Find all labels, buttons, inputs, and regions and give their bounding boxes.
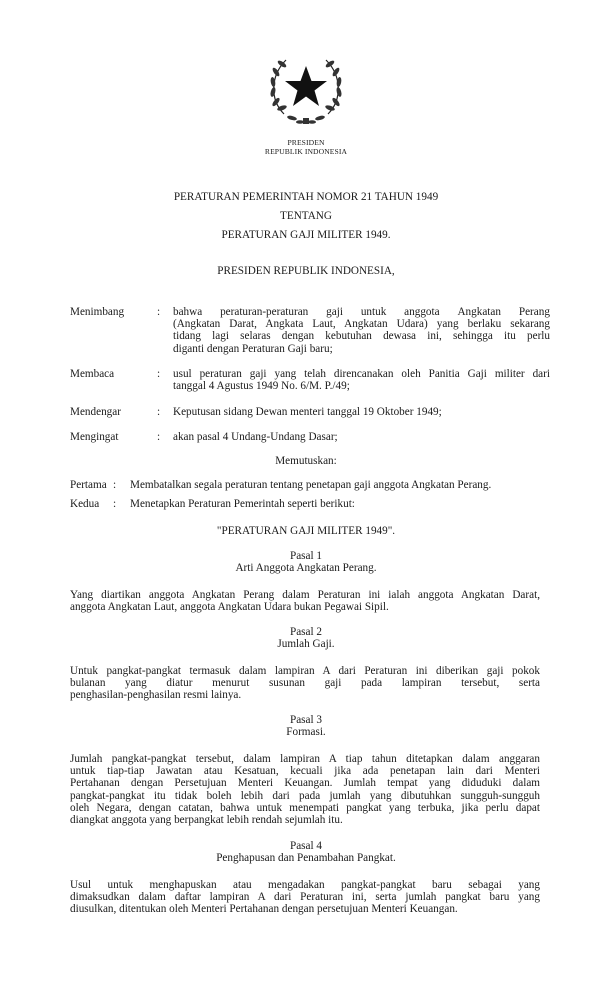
article-2-body: Untuk pangkat-pangkat termasuk dalam lam…	[70, 665, 540, 702]
text-line: diganti dengan Peraturan Gaji baru;	[173, 343, 550, 355]
article-3-body: Jumlah pangkat-pangkat tersebut, dalam l…	[70, 753, 540, 826]
text-line: tanggal 4 Agustus 1949 No. 6/M. P./49;	[173, 380, 550, 392]
article-number: Pasal 4	[0, 840, 612, 852]
text-line: tidang lagi selaras dengan kebutuhan dew…	[173, 330, 550, 342]
article-title: Arti Anggota Angkatan Perang.	[0, 562, 612, 574]
regulation-subject: PERATURAN GAJI MILITER 1949.	[0, 228, 612, 242]
decision-pertama: Pertama : Membatalkan segala peraturan t…	[70, 479, 550, 492]
regulation-title: PERATURAN PEMERINTAH NOMOR 21 TAHUN 1949	[0, 190, 612, 204]
decision-heading: Memutuskan:	[0, 454, 612, 468]
article-4-body: Usul untuk menghapuskan atau mengadakan …	[70, 879, 540, 916]
article-number: Pasal 3	[0, 714, 612, 726]
article-number: Pasal 2	[0, 626, 612, 638]
header-line-republik: REPUBLIK INDONESIA	[0, 147, 612, 157]
text-line: usul peraturan gaji yang telah direncana…	[173, 368, 550, 380]
consideration-mengingat: Mengingat : akan pasal 4 Undang-Undang D…	[70, 431, 550, 444]
article-title: Jumlah Gaji.	[0, 638, 612, 650]
regulation-name: "PERATURAN GAJI MILITER 1949".	[0, 524, 612, 538]
text-line: (Angkatan Darat, Angkata Laut, Angkatan …	[173, 318, 550, 330]
garuda-star-wreath-emblem-icon	[268, 48, 344, 132]
text-line: bahwaperaturan-peraturangajiuntukanggota…	[173, 306, 550, 318]
consideration-label: Menimbang	[70, 306, 124, 318]
consideration-membaca: Membaca : usul peraturan gaji yang telah…	[70, 368, 550, 394]
issuer: PRESIDEN REPUBLIK INDONESIA,	[0, 264, 612, 278]
decision-kedua: Kedua : Menetapkan Peraturan Pemerintah …	[70, 498, 550, 511]
title-tentang: TENTANG	[0, 209, 612, 223]
article-1-body: Yang diartikan anggota Angkatan Perang d…	[70, 589, 540, 613]
consideration-menimbang: Menimbang : bahwaperaturan-peraturangaji…	[70, 306, 550, 356]
article-title: Penghapusan dan Penambahan Pangkat.	[0, 852, 612, 864]
consideration-mendengar: Mendengar : Keputusan sidang Dewan mente…	[70, 406, 550, 419]
article-number: Pasal 1	[0, 550, 612, 562]
article-title: Formasi.	[0, 726, 612, 738]
